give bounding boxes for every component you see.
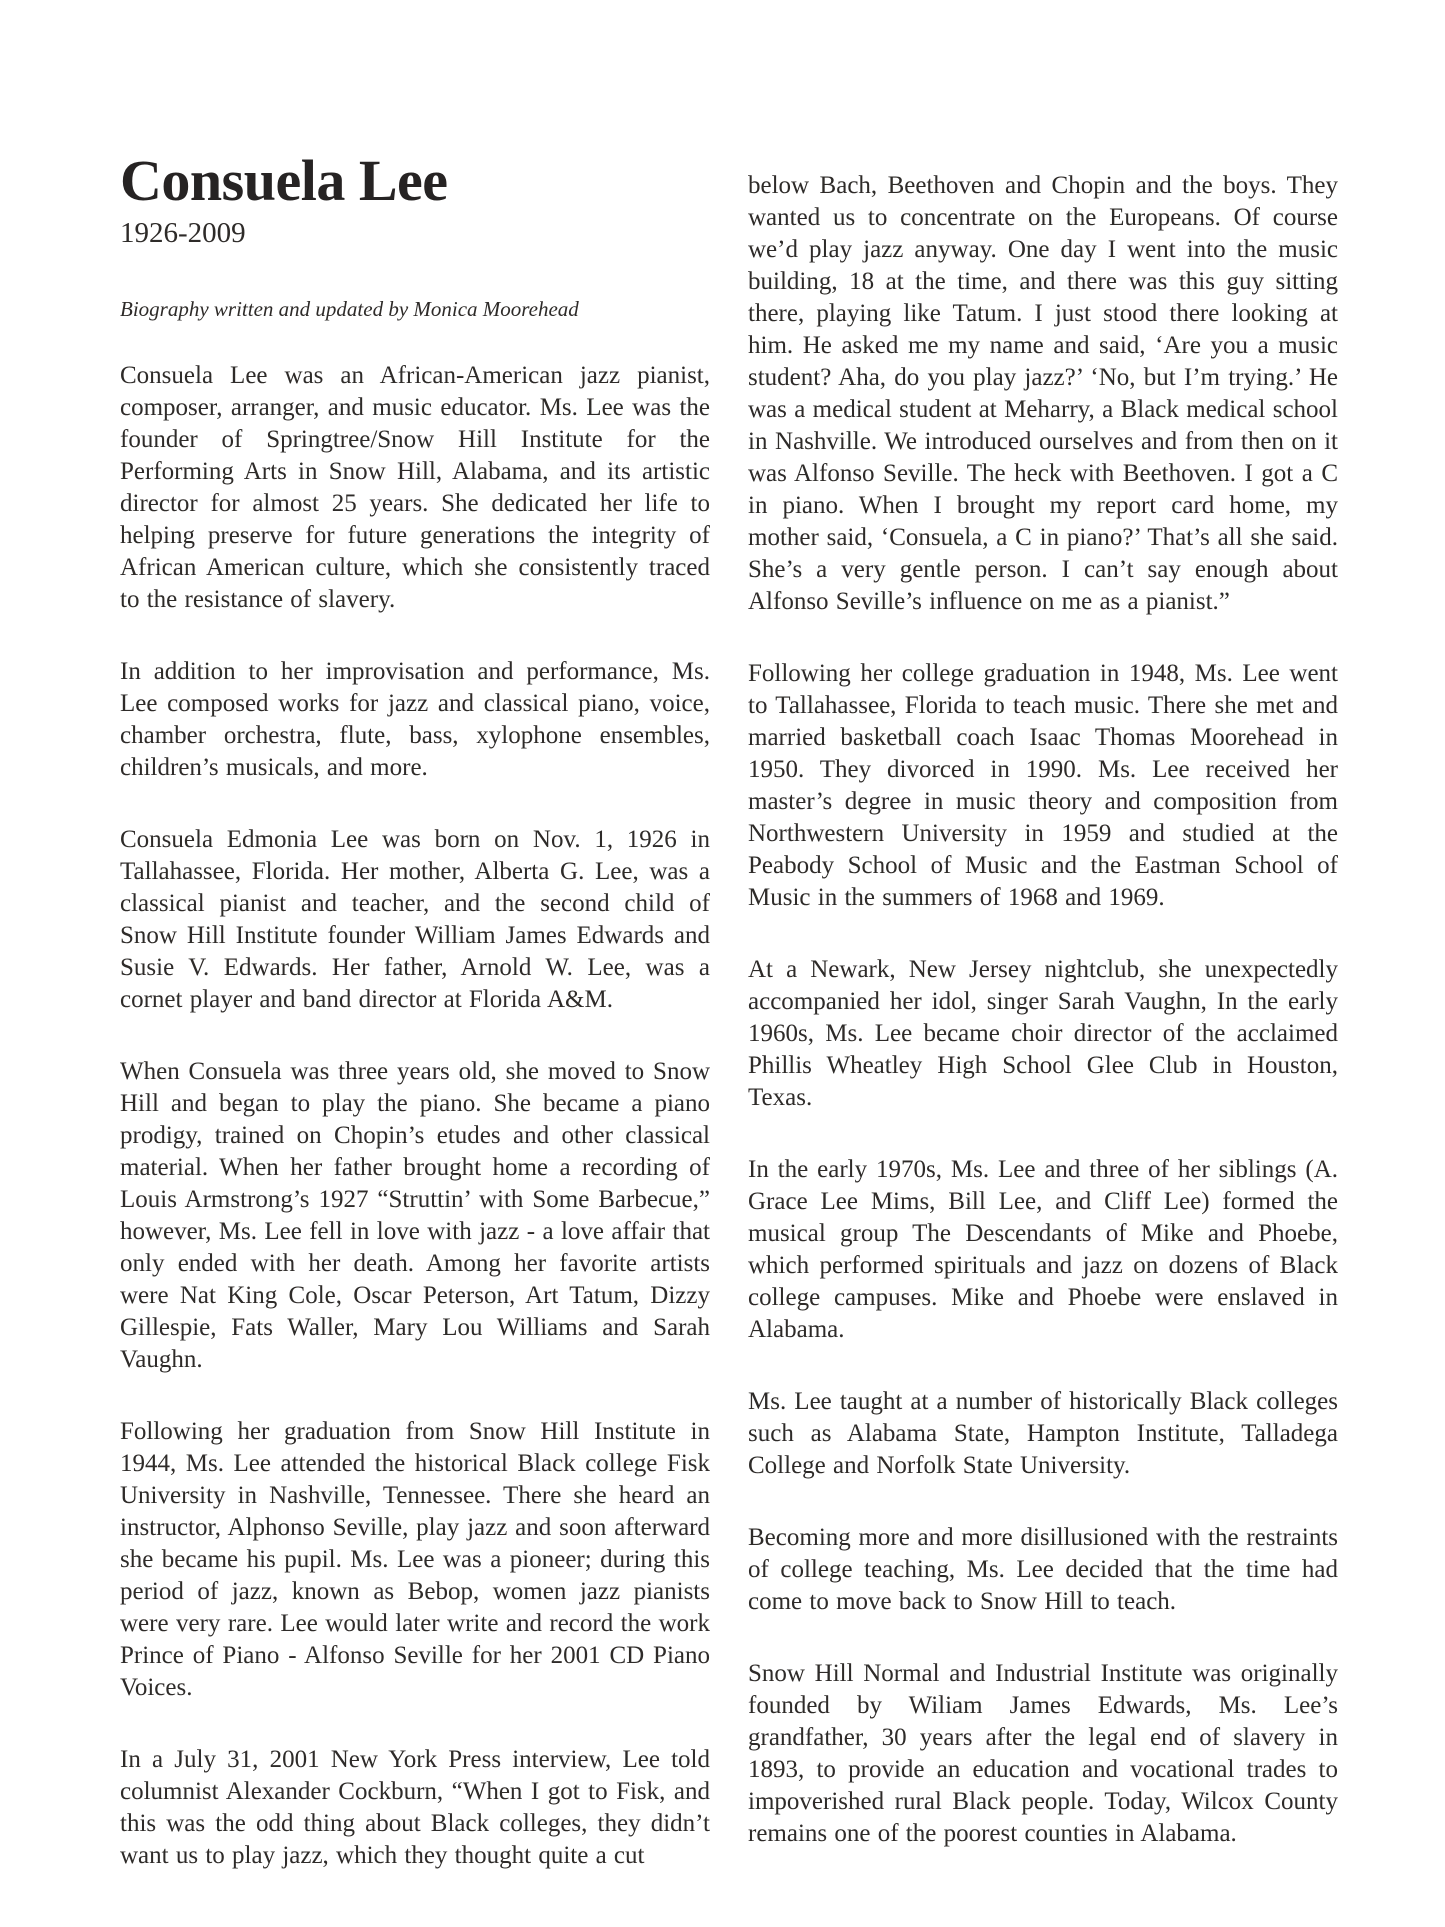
paragraph: Ms. Lee taught at a number of historical… [748, 1386, 1338, 1482]
document-page: Consuela Lee 1926-2009 Biography written… [0, 0, 1445, 1927]
paragraph: In addition to her improvisation and per… [120, 656, 710, 784]
paragraph: Becoming more and more disillusioned wit… [748, 1522, 1338, 1618]
life-dates: 1926-2009 [120, 216, 710, 250]
left-column-text: Consuela Lee was an African-American jaz… [120, 360, 710, 1872]
left-column: Consuela Lee 1926-2009 Biography written… [120, 150, 710, 1872]
paragraph: below Bach, Beethoven and Chopin and the… [748, 170, 1338, 618]
paragraph: When Consuela was three years old, she m… [120, 1056, 710, 1376]
paragraph: Following her graduation from Snow Hill … [120, 1416, 710, 1704]
paragraph: In the early 1970s, Ms. Lee and three of… [748, 1154, 1338, 1346]
byline: Biography written and updated by Monica … [120, 296, 710, 322]
paragraph: Snow Hill Normal and Industrial Institut… [748, 1658, 1338, 1850]
paragraph: Consuela Lee was an African-American jaz… [120, 360, 710, 616]
paragraph: At a Newark, New Jersey nightclub, she u… [748, 954, 1338, 1114]
document-header: Consuela Lee 1926-2009 Biography written… [120, 150, 710, 322]
paragraph: In a July 31, 2001 New York Press interv… [120, 1744, 710, 1872]
page-title: Consuela Lee [120, 150, 710, 212]
paragraph: Following her college graduation in 1948… [748, 658, 1338, 914]
paragraph: Consuela Edmonia Lee was born on Nov. 1,… [120, 824, 710, 1016]
right-column-text: below Bach, Beethoven and Chopin and the… [748, 170, 1338, 1850]
right-column: below Bach, Beethoven and Chopin and the… [748, 170, 1338, 1850]
